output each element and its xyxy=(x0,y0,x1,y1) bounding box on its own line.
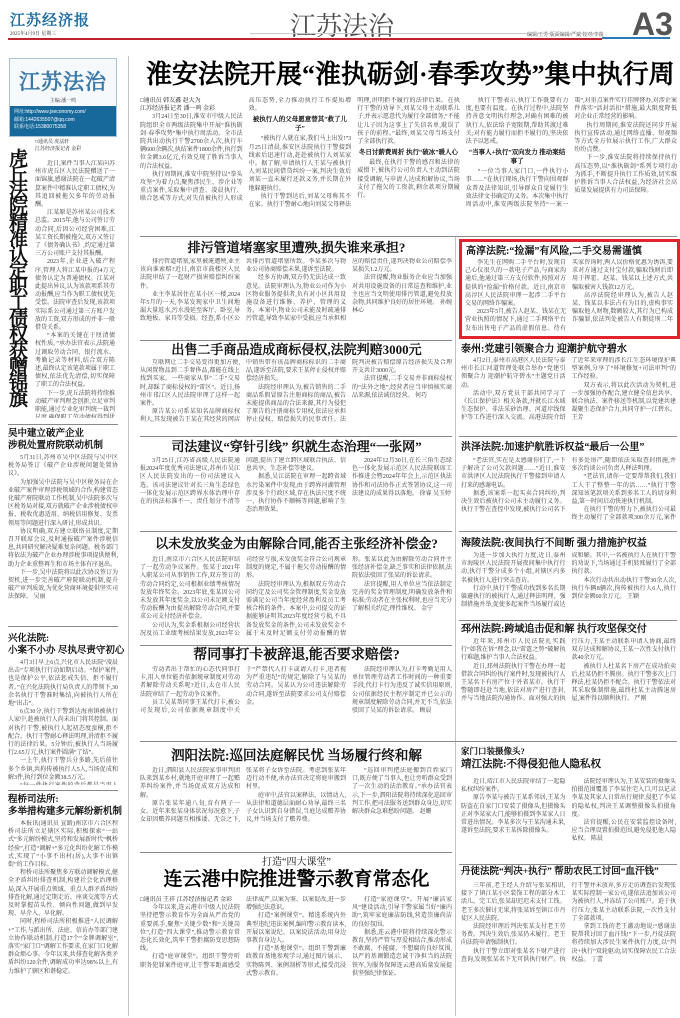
article-body: 互联网让二手交易变得更加方便,从闲置物品到二手奢侈品,都能在线上找到买家。一些商… xyxy=(140,359,452,433)
divider xyxy=(140,741,677,742)
paragraph: 法院经审理认为,打卡考勤是用人单位管理劳动者工作时间的一种重要手段,代打卡行为违… xyxy=(352,666,452,715)
paragraph: 一上午,执行干警兵分多路,先后前往多个乡镇,共拘传被执行人5人,当场促成和解3件… xyxy=(8,757,118,782)
headline-line: 吴中建立破产企业 xyxy=(8,429,103,441)
byline-line: 江苏经济报记者 金彩 xyxy=(35,146,81,153)
article-headline: 程桥司法所: 多举措构建多元解纷新机制 xyxy=(8,795,122,818)
paragraph: 近日,泗阳县人民法院家事审判团队来到某乡村,就地开庭审理了一起赡养纠纷案件,并当… xyxy=(140,767,240,800)
divider xyxy=(459,864,677,865)
paragraph: 4月2日,泰州市高港区人民法院与泰州市长江河道管理处联合举办“党建引领聚合力 迎… xyxy=(461,357,566,390)
paragraph: “老法官,实在是太感谢你们了,一下子解决了公司欠款问题……”近日,淮安市洪泽区人… xyxy=(461,457,566,490)
paragraph: 今年以来,连云港市中级人民法院坚持把警示教育作为全面从严治党的重要抓手,聚焦“关… xyxy=(140,904,240,953)
article-byline: □通讯员 虎法轩 江苏经济报记者 金彩 xyxy=(35,139,81,153)
masthead-editor: 主编:潘一鸣 xyxy=(10,97,116,104)
headline-line: 程桥司法所: xyxy=(8,795,122,807)
paragraph: 据悉,吴江法院在审理一起跨省域水污染案件中发现,由于跨界河湖管理涉及多个行政区域… xyxy=(246,473,346,514)
paragraph: 近年来,邳州市人民法院扎实践行“如我在诉”理念,以“雷霆之势”破解执行难题,维护… xyxy=(461,638,566,663)
headline-line: 小案不小办 尽执尽责守初心 xyxy=(8,646,124,658)
masthead-website: 网址:http://www.jseconomy.com/ xyxy=(14,109,112,117)
column-divider-right xyxy=(455,237,456,1016)
article-byline: □通讯员 王祥 江苏经济报记者 金彩 xyxy=(140,896,240,904)
paragraph: 原告李某与被告王某系邻居,王某为防盗在自家门口安装了摄像头,但摄像头正对李某家大… xyxy=(461,794,566,835)
paragraph: 6点30分,执行干警到达海南镇被执行人家中,趁被执行人尚未出门将其控制。面对执行… xyxy=(8,708,118,757)
masthead-contact-band: 网址:http://www.jseconomy.com/ 邮箱:14426355… xyxy=(10,106,116,136)
paragraph: 三年前,老王经人介绍与张某相识,接下了镇江某小区装饰工程的部分木工活儿。完工后,… xyxy=(461,882,566,923)
paragraph: “老法官,请你一定要帮帮我们,我们工人干了整整一年的活……”执行干警深知该笔款项… xyxy=(572,473,677,506)
article-headline: 连云港中院推进警示教育常态化 xyxy=(140,869,453,891)
paragraph: 下一步,吴中法院将以此次协议签订为契机,进一步完善破产府院联动机制,提升破产审判… xyxy=(8,569,118,602)
headline-line: 多举措构建多元解纷新机制 xyxy=(8,807,122,819)
paragraph: 2023年,企业进入破产程序,管理人将江某申报的4万元债务认定为普通债权。江某对… xyxy=(35,258,115,332)
lead-article-body: □通讯员 韩友鑫 赵大为 江苏经济报记者 潘一鸣 金彩 3月24日至30日,淮安… xyxy=(140,97,677,233)
paragraph: 执行周期间,淮安法院还同步开展执行宣传活动,通过网络直播、短视频等方式全方位展示… xyxy=(574,122,677,155)
article-byline: □通讯员 韩友鑫 赵大为 xyxy=(140,97,243,105)
article-headline: 泗阳法院:巡回法庭解民忧 当场履行终和解 xyxy=(140,748,453,764)
header-grey-rule xyxy=(250,33,602,34)
paragraph: 近日,南京市六合区人民法院审结了一起劳动争议案件。张某于2021年入职某公司从事… xyxy=(140,556,240,622)
article-subhead: 冬日讨薪费周折 执行“破冰”暖人心 xyxy=(357,148,460,157)
paragraph: 江某原是苏州某公司技术总监。2015年,他与公司签订劳动合同,后因公司经营困难,… xyxy=(35,209,115,258)
paragraph: 法官提醒,用人单位应当依法制定完善的奖金管理制度,明确发放条件和标准;劳动者在主… xyxy=(352,581,452,614)
article-headline: 吴中建立破产企业 涉税处置府院联动机制 xyxy=(8,429,103,452)
article-headline: 排污管道堵塞家里遭殃,损失谁来承担? xyxy=(140,241,453,256)
paragraph: 协议明确,双方建立联络员制度,定期召开联席会议,及时通报破产案件涉税信息,共同研… xyxy=(8,528,118,569)
article-body: 本报讯(通讯员 宣路)南京市六合区程桥司法所立足辖区实际,积极探索“一站式”多元… xyxy=(8,820,118,1015)
paragraph: 打造“案例课堂”。精选系统内外典型违纪违法案例,编印警示教育读本,开展以案说纪、… xyxy=(246,912,346,945)
paragraph: 法官提醒,二手交易并非商标侵权的“法外之地”,经营者应当审慎核实商品来源,依法诚… xyxy=(352,375,452,400)
paragraph: 近日,案件当事人江某向苏州市虎丘区人民法院赠送了一面锦旗,感谢法院在一起破产清算… xyxy=(35,160,115,209)
paragraph: 近日,靖江市人民法院审结了一起隐私权纠纷案件。 xyxy=(461,778,566,794)
article-body: 三年前,老王经人介绍与张某相识,接下了镇江某小区装饰工程的部分木工活儿。完工后,… xyxy=(461,882,676,1015)
paragraph: 下一步,虎丘法院将持续推动破产审判理念创新,立足审判职能,通过专业化审判统一裁判… xyxy=(35,390,115,418)
paragraph: “本案的关键在于厘清债权性质。”承办法官表示,法院通过调取劳动合同、银行流水、考… xyxy=(35,332,115,389)
paragraph: “每一件执行案件的背后都是当事人的切身利益,小案不小办,我们要用心用情办好每一起… xyxy=(8,782,118,785)
paragraph: 劳动者出于帮忙的心态代同事打卡,用人单位能否依据规章制度对劳动者解除劳动关系呢?… xyxy=(140,666,240,699)
article-headline: 出售二手商品造成商标侵权,法院判赔3000元 xyxy=(140,343,453,358)
divider xyxy=(140,436,452,437)
article-headline: 海陵法院:夜间执行不间断 强力措施护权益 xyxy=(461,538,647,550)
section-masthead-box: 江苏法治 主编:潘一鸣 网址:http://www.jseconomy.com/… xyxy=(9,58,117,137)
masthead-title: 江苏法治 xyxy=(10,66,116,96)
article-body: 李先生在网购二手平台时,发现自己心仪很久的一款电子产品,与商家沟通后,他通过第三… xyxy=(465,259,673,333)
article-headline: 以未发放奖金为由解除合同,能否主张经济补偿金? xyxy=(140,537,453,552)
headline-line: 涉税处置府院联动机制 xyxy=(8,441,103,453)
paragraph: 为加强吴中法院与吴中区税务局在企业破产案件审理涉税领域的合作,构建常态化破产府院… xyxy=(8,479,118,528)
divider xyxy=(8,626,118,627)
lead-headline: 淮安法院开展“淮执砺剑·春季攻势”集中执行周 xyxy=(146,59,675,91)
paragraph: 同时,程桥司法所积极推进“人民调解+”工作,与派出所、法庭、信访办等部门建立协作… xyxy=(8,918,118,975)
paragraph: 法官提醒,公民在安装监控设备时,应当合理设置拍摄范围,避免侵犯他人隐私权。 陈晨 xyxy=(572,819,677,844)
paragraph: 拿到工钱的老王激动地说:“感谢法院帮我讨回了血汗钱!”下一步,丹徒法院将持续加大… xyxy=(572,923,677,964)
article-headline: 洪泽法院:加速护航胜诉权益“最后一公里” xyxy=(461,442,644,454)
article-body: 近日,靖江市人民法院审结了一起隐私权纠纷案件。 原告李某与被告王某系邻居,王某为… xyxy=(461,778,676,862)
header-blue-rule xyxy=(602,37,670,39)
paragraph: 法院经审理后判决张某支付老王劳务费。判决生效后,张某仍未履行。老王向法院申请强制… xyxy=(461,923,566,948)
article-body: 劳动者出于帮忙的心态代同事打卡,用人单位能否依据规章制度对劳动者解除劳动关系呢?… xyxy=(140,666,452,738)
paragraph: 互联网让二手交易变得更加方便,从闲置物品到二手奢侈品,都能在线上找到买家。一些商… xyxy=(140,359,240,408)
divider xyxy=(459,436,677,437)
article-headline: 邳州法院:跨域追击促和解 执行攻坚保交付 xyxy=(461,624,647,636)
article-body: 近年来,邳州市人民法院扎实践行“如我在诉”理念,以“雷霆之势”破解执行难题,维护… xyxy=(461,638,676,738)
paragraph: 3月24日至30日,淮安市中级人民法院组织全市两级法院集中开展“淮执砺剑·春季攻… xyxy=(140,113,243,170)
paragraph: 下一步,淮安法院将持续保持执行高压态势,以“淮执砺剑”系列专项行动为抓手,不断提… xyxy=(574,154,677,195)
article-kicker: 打造“四大课堂” xyxy=(140,857,453,869)
headline-line: 兴化法院: xyxy=(8,634,124,646)
article-body: “老法官,实在是太感谢你们了,一下子解决了公司欠款问题……”近日,淮安市洪泽区人… xyxy=(461,457,676,529)
divider xyxy=(140,852,452,853)
paragraph: 李先生在网购二手平台时,发现自己心仪很久的一款电子产品,与商家沟通后,他通过第三… xyxy=(465,259,566,308)
article-body: 排污管道堵塞,家里被淹遭殃,业主该向谁索赔?近日,南京市鼓楼区人民法院审结了一起… xyxy=(140,258,452,338)
divider xyxy=(459,620,677,621)
article-body: 3月25日,江苏省高级人民法院通报2024年度优秀司法建议,苏州市吴江区人民法院… xyxy=(140,457,452,529)
paragraph: 打造“家庭课堂”。开展“廉洁家风”建设活动,引导干警家属当好“廉内助”,筑牢家庭… xyxy=(352,896,452,929)
article-body: □通讯员 王祥 江苏经济报记者 金彩 今年以来,连云港市中级人民法院坚持把警示教… xyxy=(140,896,452,1015)
paragraph: 2024年12月30日,在长三角生态绿色一体化发展示范区人民法院联席工作推进会暨… xyxy=(352,457,452,498)
masthead-email: 邮箱:1442635507@qq.com xyxy=(14,117,112,125)
paragraph: 双方表示,将以此次活动为契机,进一步加强协作配合,建立健全信息共享、联合执法、案… xyxy=(572,382,677,423)
article-headline: 泰州:党建引领聚合力 迎潮护航守碧水 xyxy=(461,344,627,356)
paragraph: 最终,在执行干警的感召和法律的威慑下,被执行公司负责人主动到法院接受调解,与申请… xyxy=(357,159,460,200)
paragraph: 5月31日,苏州市吴中区法院与吴中区税务局签订《破产企业涉税问题处置协议》。 xyxy=(8,454,118,479)
article-headline: 靖江法院:不得侵犯他人隐私权 xyxy=(461,759,601,771)
article-headline: 高淳法院:“捡漏”有风险,二手交易需谨慎 xyxy=(466,246,642,258)
divider xyxy=(459,531,677,532)
column-divider-left xyxy=(128,56,129,1016)
page-number: A3 xyxy=(632,8,673,40)
article-headline: 丹徒法院“判决+执行” 帮助农民工讨回“血汗钱” xyxy=(461,867,659,878)
article-headline: 兴化法院: 小案不小办 尽执尽责守初心 xyxy=(8,634,124,657)
paragraph: 庭审中,法官以案释法、以情动人,从法律和道德层面耐心劝导,最终三名子女认识到自身… xyxy=(246,792,346,825)
paragraph: 本次行动共出动执行干警30余人次,执行车辆8辆次,拘传被执行人6人,执行到位金额… xyxy=(572,577,677,602)
divider xyxy=(140,645,452,646)
paragraph: 法院经审理认为,王某安装的摄像头拍摄范围覆盖了李某住宅入口,可以记录李某及其家人… xyxy=(572,778,677,819)
article-subhead: 被执行人的父母愿意替其“救了儿子” xyxy=(249,115,352,133)
newspaper-name: 江苏经济报 xyxy=(10,9,90,30)
article-kicker: 家门口装摄像头? xyxy=(461,747,525,757)
byline-line: □通讯员 虎法轩 xyxy=(35,139,81,146)
paragraph: 为进一步加大执行力度,近日,泰州市海陵区人民法院开展夜间集中执行行动,执行干警分… xyxy=(461,552,566,585)
article-byline: 江苏经济报记者 潘一鸣 金彩 xyxy=(140,105,243,113)
divider xyxy=(140,236,677,237)
divider xyxy=(8,790,118,791)
header-red-rule xyxy=(8,38,602,40)
article-headline: 帮同事打卡被辞退,能否要求赔偿? xyxy=(140,648,453,664)
paragraph: 程桥司法所聚焦多方联动调解模式,健全矛盾纠纷排查机制,构建社会化治理格局,深入开… xyxy=(8,869,118,918)
article-headline: 司法建议“穿针引线” 织就生态治理“一张网” xyxy=(140,440,453,455)
article-body: 近日,泗阳县人民法院家事审判团队来到某乡村,就地开庭审理了一起赡养纠纷案件,并当… xyxy=(140,767,452,847)
paragraph: 排污管道堵塞,家里被淹遭殃,业主该向谁索赔?近日,南京市鼓楼区人民法院审结了一起… xyxy=(140,258,240,291)
divider xyxy=(140,531,452,532)
article-body: 近日,南京市六合区人民法院审结了一起劳动争议案件。张某于2021年入职某公司从事… xyxy=(140,556,452,642)
article-body: 5月31日,苏州市吴中区法院与吴中区税务局签订《破产企业涉税问题处置协议》。 为… xyxy=(8,454,118,620)
paragraph: 4月3日早上6点,兴化市人民法院“凌晨出击”专项执行行动如期启动。“保护案件,也… xyxy=(8,659,118,708)
paragraph: 本报讯(通讯员 宣路)南京市六合区程桥司法所立足辖区实际,积极探索“一站式”多元… xyxy=(8,820,118,869)
article-body: 为进一步加大执行力度,近日,泰州市海陵区人民法院开展夜间集中执行行动,执行干警分… xyxy=(461,552,676,616)
article-body: 4月3日早上6点,兴化市人民法院“凌晨出击”专项执行行动如期启动。“保护案件,也… xyxy=(8,659,118,785)
divider xyxy=(140,340,452,341)
masthead-phone: 联系电话:15380075358 xyxy=(14,124,112,132)
paragraph: 打造“基地课堂”。组织干警到廉政教育基地参观学习,通过图片展示、实物陈列、案例剖… xyxy=(246,945,346,978)
paragraph: “巡回审判把法庭搬到百姓家门口,既方便了当事人,也让旁听群众受到了一次生动的法治… xyxy=(352,767,452,816)
article-headline-vertical: 虎丘法院精准认定职工债权获赠锦旗 xyxy=(9,152,33,408)
article-body: 近日,案件当事人江某向苏州市虎丘区人民法院赠送了一面锦旗,感谢法院在一起破产清算… xyxy=(35,160,115,418)
paragraph: 被执行人杜某名下房产在成功拍卖后,杜某仍拒不腾房。执行干警多次上门释法,杜某仍拒… xyxy=(572,663,677,704)
paragraph: “被执行人就在家,我们马上出发!”3月25日清晨,淮安区法院执行干警接到线索后迅… xyxy=(249,135,352,192)
paragraph: 据悉,连云港中院将持续深化警示教育,坚持严管与厚爱相结合,推动形成不敢腐、不能腐… xyxy=(352,929,452,978)
issue-date: 2025年4月9日 星期三 xyxy=(10,30,56,37)
paragraph: 法官提醒,物业服务企业应当加强对共用设施设备的日常巡查和维护,业主也应当文明使用… xyxy=(352,274,452,315)
article-body: 4月2日,泰州市高港区人民法院与泰州市长江河道管理处联合举办“党建引领聚合力 迎… xyxy=(461,357,676,433)
divider xyxy=(8,424,118,425)
article-subhead: “当事人+执行”双向发力 推动案结事了 xyxy=(466,148,569,166)
paragraph: 执行干警表示,执行工作既要有力度,也要有温度。在执行过程中,法院坚持善意文明执行… xyxy=(466,97,569,146)
